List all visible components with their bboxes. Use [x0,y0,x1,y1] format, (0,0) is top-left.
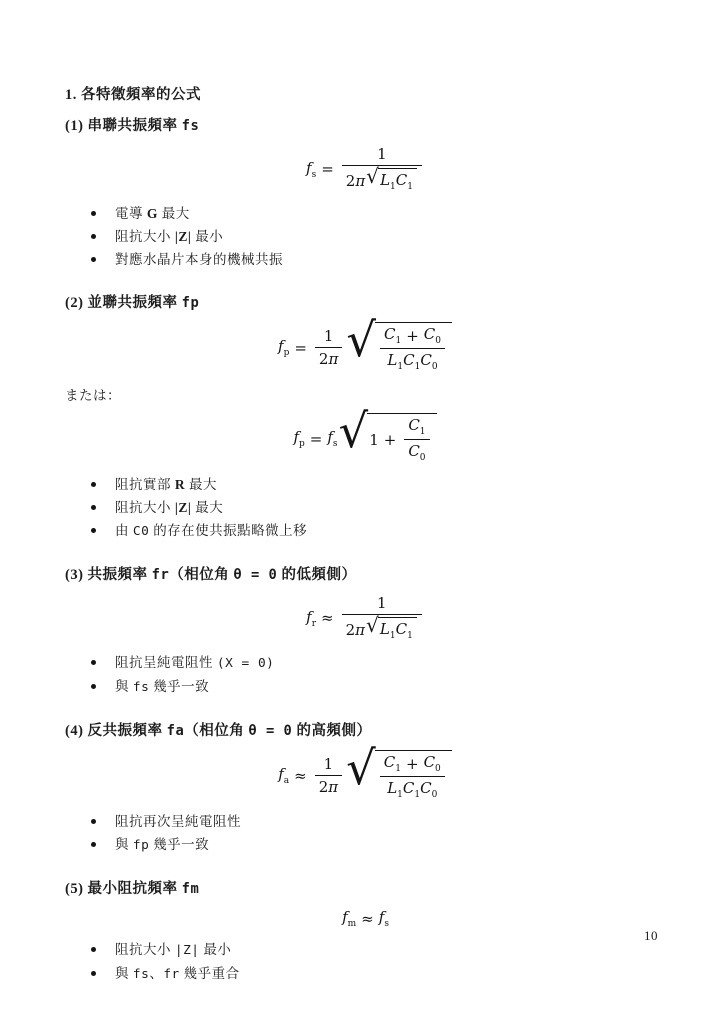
text-run: 最大 [191,500,223,515]
section-list: (1) 串聯共振頻率 fsfs=12π√L1C1電導 G 最大阻抗大小 |Z| … [65,117,666,983]
math-number: 1 [369,431,379,449]
bullet-text: 阻抗大小 |Z| 最小 [115,941,231,959]
math-var: fs [327,428,337,449]
square-root: √L1C1 [366,168,417,193]
fraction: 12π√L1C1 [342,145,422,193]
square-root: √C1+C0L1C1C0 [346,322,452,373]
fraction-denominator: L1C1C0 [380,776,445,800]
math-row: fs=12π√L1C1 [306,145,425,193]
fraction: 12π [315,755,342,796]
section-heading: (1) 串聯共振頻率 fs [65,117,666,136]
radical-icon: √ [346,750,376,786]
math-var: C0 [424,753,441,774]
bullet-text: 與 fp 幾乎一致 [115,836,209,854]
text-run: 最大 [158,206,190,221]
math-row: fm≈fs [342,908,389,929]
math-number: 1 [377,594,387,612]
fraction: 12π√L1C1 [342,594,422,642]
text-run: 最小 [191,229,223,244]
radical-icon: √ [339,413,369,449]
math-var: fs [306,159,316,180]
math-subscript: 0 [432,362,438,372]
math-number: 1 [377,145,387,163]
text-run: θ = 0 [248,723,292,739]
math-var-glyph: C [384,325,395,343]
math-var: C0 [420,351,437,372]
math-var: fp [293,428,304,449]
fraction-numerator: 1 [342,145,422,165]
math-var: C0 [424,325,441,346]
math-operator: = [310,430,323,448]
math-number: 1 [324,327,334,345]
text-run: 電導 [115,206,147,221]
math-subscript: 0 [432,790,438,800]
text-run: 阻抗大小 [115,229,175,244]
math-operator: ≈ [294,767,307,785]
bullet-text: 阻抗大小 |Z| 最小 [115,228,223,245]
math-var: C0 [408,442,425,463]
text-run: (4) 反共振頻率 [65,723,167,739]
text-run: R [175,477,185,492]
math-row: fa≈12π√C1+C0L1C1C0 [278,750,453,801]
text-run: 與 [115,837,133,852]
bullet-icon [91,947,96,952]
math-var-glyph: C [403,779,414,797]
text-run: 阻抗大小 [115,942,175,957]
math-var: C1 [396,620,413,641]
math-operator: = [294,339,307,357]
section-heading: (3) 共振頻率 fr（相位角 θ = 0 的低頻側） [65,566,666,585]
math-subscript: p [299,439,305,449]
square-root: √L1C1 [366,617,417,642]
bullet-icon [91,482,96,487]
radicand: 1+C1C0 [367,413,436,464]
bullet-icon [91,971,96,976]
fraction-numerator: 1 [315,327,342,347]
math-operator: + [406,327,419,345]
bullet-item: 阻抗大小 |Z| 最小 [65,228,666,245]
math-subscript: s [312,170,317,180]
math-subscript: 1 [395,764,401,774]
fraction-numerator: C1+C0 [380,325,445,348]
document-content: 1. 各特徵頻率的公式 (1) 串聯共振頻率 fsfs=12π√L1C1電導 G… [65,86,666,989]
bullet-list: 阻抗實部 R 最大阻抗大小 |Z| 最大由 C0 的存在使共振點略微上移 [65,476,666,540]
math-var: π [355,172,365,190]
fraction-numerator: 1 [342,594,422,614]
bullet-item: 與 fp 幾乎一致 [65,836,666,854]
text-run: 最小 [200,942,232,957]
bullet-item: 與 fs 幾乎一致 [65,678,666,696]
math-var-glyph: π [328,778,338,796]
bullet-text: 阻抗呈純電阻性 (X = 0) [115,654,274,672]
bullet-icon [91,684,96,689]
math-subscript: r [312,619,316,629]
math-var-glyph: C [408,416,419,434]
bullet-icon [91,211,96,216]
math-subscript: a [284,776,289,786]
math-var: C0 [420,779,437,800]
math-var-glyph: π [355,172,365,190]
math-var: π [328,778,338,796]
text-run: (X = 0) [217,656,275,671]
bullet-text: 由 C0 的存在使共振點略微上移 [115,522,307,540]
math-operator: + [384,431,397,449]
text-run: 、 [149,966,163,981]
bullet-icon [91,505,96,510]
bullet-icon [91,842,96,847]
paragraph: または： [65,387,666,404]
fraction-denominator: L1C1C0 [380,348,445,372]
math-var-glyph: L [387,779,397,797]
math-var: L1 [380,620,396,641]
radicand: L1C1 [378,617,417,642]
text-run: fa [167,723,185,739]
text-run: 的低頻側） [277,567,356,583]
math-var: π [328,350,338,368]
math-var: fm [342,908,356,929]
bullet-icon [91,819,96,824]
formula: fp=fs√1+C1C0 [65,413,666,464]
math-subscript: 1 [407,631,413,641]
text-run: fs [133,680,149,695]
text-run: fm [182,881,200,897]
bullet-text: 電導 G 最大 [115,205,190,222]
bullet-item: 阻抗呈純電阻性 (X = 0) [65,654,666,672]
bullet-item: 電導 G 最大 [65,205,666,222]
math-var-glyph: C [424,325,435,343]
math-var: fa [278,765,289,786]
text-run: （相位角 [184,723,248,739]
bullet-list: 阻抗再次呈純電阻性與 fp 幾乎一致 [65,813,666,854]
text-run: |Z| [175,943,200,958]
fraction-denominator: 2π [315,775,342,796]
text-run: |Z| [175,500,191,515]
text-run: （相位角 [169,567,233,583]
bullet-text: 與 fs 幾乎一致 [115,678,209,696]
text-run: 阻抗實部 [115,477,175,492]
math-operator: = [321,160,334,178]
fraction-denominator: 2π√L1C1 [342,165,422,193]
radicand: C1+C0L1C1C0 [375,750,452,801]
math-subscript: m [348,919,357,929]
bullet-list: 電導 G 最大阻抗大小 |Z| 最小對應水晶片本身的機械共振 [65,205,666,268]
document-page: 1. 各特徵頻率的公式 (1) 串聯共振頻率 fsfs=12π√L1C1電導 G… [0,0,724,1024]
math-row: fp=12π√C1+C0L1C1C0 [278,322,453,373]
bullet-text: 阻抗再次呈純電阻性 [115,813,241,830]
bullet-item: 阻抗實部 R 最大 [65,476,666,493]
math-number: 2 [319,778,329,796]
radical-icon: √ [346,322,376,358]
math-subscript: s [384,919,389,929]
text-run: 與 [115,679,133,694]
bullet-icon [91,234,96,239]
fraction-denominator: 2π [315,347,342,368]
text-run: 最大 [185,477,217,492]
text-run: 幾乎重合 [180,966,240,981]
square-root: √C1+C0L1C1C0 [346,750,452,801]
text-run: 對應水晶片本身的機械共振 [115,252,283,267]
text-run: fr [152,567,170,583]
text-run: 的高頻側） [292,723,371,739]
math-var: C1 [403,779,420,800]
text-run: 阻抗再次呈純電阻性 [115,814,241,829]
text-run: fs [133,967,149,982]
math-subscript: 0 [435,764,441,774]
math-var-glyph: L [380,620,390,638]
math-var-glyph: C [396,171,407,189]
section-heading: (2) 並聯共振頻率 fp [65,294,666,313]
text-run: (1) 串聯共振頻率 [65,118,182,134]
fraction-numerator: C1 [404,416,429,439]
math-var-glyph: C [403,351,414,369]
math-subscript: 0 [435,336,441,346]
radicand: L1C1 [378,168,417,193]
fraction-numerator: C1+C0 [380,753,445,776]
bullet-text: 對應水晶片本身的機械共振 [115,251,283,268]
text-run: (3) 共振頻率 [65,567,152,583]
math-subscript: 0 [420,453,426,463]
text-run: C0 [133,524,149,539]
text-run: 幾乎一致 [149,837,209,852]
fraction: C1+C0L1C1C0 [380,325,445,372]
text-run: G [147,206,158,221]
math-var: C1 [403,351,420,372]
math-var-glyph: L [387,351,397,369]
section-4: (4) 反共振頻率 fa（相位角 θ = 0 的高頻側）fa≈12π√C1+C0… [65,722,666,854]
bullet-icon [91,257,96,262]
math-subscript: p [284,348,290,358]
document-title: 1. 各特徵頻率的公式 [65,86,666,104]
text-run: fp [133,838,149,853]
bullet-icon [91,660,96,665]
fraction-denominator: C0 [404,439,429,463]
math-var-glyph: C [396,620,407,638]
math-subscript: 1 [407,182,413,192]
bullet-item: 由 C0 的存在使共振點略微上移 [65,522,666,540]
math-var-glyph: C [408,442,419,460]
math-var: C1 [384,753,401,774]
math-var: L1 [380,171,396,192]
math-var: fp [278,337,289,358]
fraction: C1C0 [404,416,429,463]
text-run: fs [182,118,200,134]
bullet-list: 阻抗大小 |Z| 最小與 fs、fr 幾乎重合 [65,941,666,983]
math-var: π [355,621,365,639]
fraction-numerator: 1 [315,755,342,775]
bullet-text: 阻抗大小 |Z| 最大 [115,499,223,516]
fraction-denominator: 2π√L1C1 [342,614,422,642]
text-run: 幾乎一致 [149,679,209,694]
bullet-text: 與 fs、fr 幾乎重合 [115,965,240,983]
section-2: (2) 並聯共振頻率 fpfp=12π√C1+C0L1C1C0または：fp=fs… [65,294,666,540]
formula: fs=12π√L1C1 [65,145,666,193]
text-run: fr [163,967,179,982]
page-number: 10 [644,928,658,944]
bullet-list: 阻抗呈純電阻性 (X = 0)與 fs 幾乎一致 [65,654,666,696]
text-run: fp [182,295,200,311]
section-heading: (5) 最小阻抗頻率 fm [65,880,666,899]
formula: fa≈12π√C1+C0L1C1C0 [65,750,666,801]
math-number: 2 [346,172,356,190]
formula: fp=12π√C1+C0L1C1C0 [65,322,666,373]
math-var-glyph: C [424,753,435,771]
fraction: C1+C0L1C1C0 [380,753,445,800]
math-row: fp=fs√1+C1C0 [293,413,437,464]
formula: fr≈12π√L1C1 [65,594,666,642]
bullet-item: 與 fs、fr 幾乎重合 [65,965,666,983]
math-operator: ≈ [321,609,334,627]
math-var: C1 [384,325,401,346]
section-3: (3) 共振頻率 fr（相位角 θ = 0 的低頻側）fr≈12π√L1C1阻抗… [65,566,666,696]
math-var-glyph: π [355,621,365,639]
math-number: 1 [324,755,334,773]
math-var-glyph: C [384,753,395,771]
math-var: fr [306,608,316,629]
math-var-glyph: π [328,350,338,368]
bullet-item: 對應水晶片本身的機械共振 [65,251,666,268]
radicand: C1+C0L1C1C0 [375,322,452,373]
math-var-glyph: C [420,351,431,369]
fraction: 12π [315,327,342,368]
bullet-text: 阻抗實部 R 最大 [115,476,217,493]
text-run: 由 [115,523,133,538]
math-var: L1 [387,351,403,372]
text-run: 阻抗大小 [115,500,175,515]
section-heading: (4) 反共振頻率 fa（相位角 θ = 0 的高頻側） [65,722,666,741]
math-subscript: s [333,439,338,449]
bullet-item: 阻抗再次呈純電阻性 [65,813,666,830]
math-row: fr≈12π√L1C1 [306,594,425,642]
math-operator: + [406,755,419,773]
bullet-icon [91,528,96,533]
section-1: (1) 串聯共振頻率 fsfs=12π√L1C1電導 G 最大阻抗大小 |Z| … [65,117,666,268]
text-run: 與 [115,966,133,981]
text-run: または： [65,388,121,403]
math-subscript: 1 [420,427,426,437]
section-5: (5) 最小阻抗頻率 fmfm≈fs阻抗大小 |Z| 最小與 fs、fr 幾乎重… [65,880,666,983]
text-run: |Z| [175,229,191,244]
text-run: θ = 0 [233,567,277,583]
math-var-glyph: L [380,171,390,189]
formula: fm≈fs [65,908,666,929]
text-run: 的存在使共振點略微上移 [149,523,307,538]
math-operator: ≈ [361,910,374,928]
math-var: L1 [387,779,403,800]
square-root: √1+C1C0 [339,413,437,464]
text-run: (2) 並聯共振頻率 [65,295,182,311]
bullet-item: 阻抗大小 |Z| 最小 [65,941,666,959]
math-subscript: 1 [395,336,401,346]
math-var: C1 [408,416,425,437]
math-var: fs [379,908,389,929]
math-var-glyph: C [420,779,431,797]
math-var: C1 [396,171,413,192]
text-run: (5) 最小阻抗頻率 [65,881,182,897]
bullet-item: 阻抗大小 |Z| 最大 [65,499,666,516]
math-number: 2 [346,621,356,639]
text-run: 阻抗呈純電阻性 [115,655,217,670]
